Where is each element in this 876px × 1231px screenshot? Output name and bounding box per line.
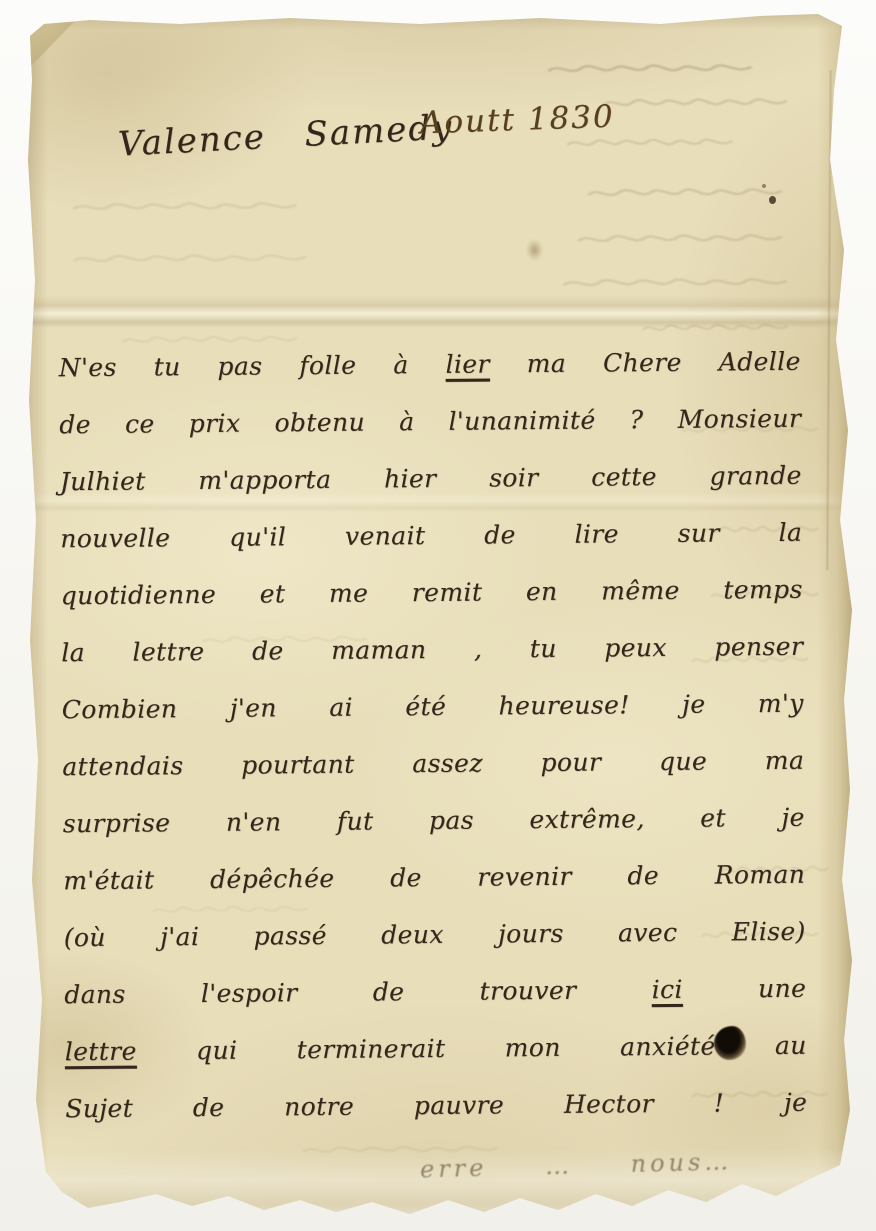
bleedthrough-ghost-writing — [545, 58, 755, 80]
ink-smudge — [526, 239, 543, 261]
letter-line: surprise n'en fut pas extrême, et je — [63, 789, 805, 852]
line-text: la lettre de maman , tu peux penser — [61, 632, 803, 667]
letter-scan: Valence Samedy Aoutt 1830 N'es tu pas fo… — [0, 0, 876, 1231]
letter-line: lettre qui terminerait mon anxiété au — [65, 1017, 807, 1080]
letter-line: nouvelle qu'il venait de lire sur la — [60, 504, 802, 567]
letter-line: (où j'ai passé deux jours avec Elise) — [64, 903, 806, 966]
letter-line: N'es tu pas folle à lier ma Chere Adelle — [59, 333, 801, 396]
paper-edge-top — [28, 12, 852, 30]
deckle-edge-right — [818, 8, 854, 1195]
line-text: Combien j'en ai été heureuse! je m'y — [62, 689, 804, 724]
dateline-date: Aoutt 1830 — [419, 99, 615, 142]
letter-line: la lettre de maman , tu peux penser — [61, 618, 803, 681]
line-text: qui terminerait mon anxiété au — [137, 1031, 807, 1066]
line-text: surprise n'en fut pas extrême, et je — [63, 803, 805, 838]
bleedthrough-ghost-writing — [585, 182, 785, 204]
line-text: attendais pourtant assez pour que ma — [62, 746, 804, 781]
letter-line: quotidienne et me remit en même temps — [61, 561, 803, 624]
bleedthrough-ghost-writing — [600, 92, 790, 114]
letter-line: Julhiet m'apporta hier soir cette grande — [60, 447, 802, 510]
bleedthrough-ghost-writing — [565, 133, 735, 153]
underlined-word: ici — [651, 975, 682, 1004]
letter-sheet: Valence Samedy Aoutt 1830 N'es tu pas fo… — [0, 0, 876, 1231]
letter-line: de ce prix obtenu à l'unanimité ? Monsie… — [59, 390, 801, 453]
ink-blot — [714, 1026, 746, 1060]
paper-edge-left — [26, 0, 48, 1231]
line-text: quotidienne et me remit en même temps — [61, 575, 803, 610]
fold-crease-top — [28, 296, 850, 328]
letter-body: N'es tu pas folle à lier ma Chere Adelle… — [59, 333, 808, 1137]
line-text: m'était dépêchée de revenir de Roman — [63, 860, 805, 895]
underlined-word: lettre — [65, 1037, 137, 1067]
line-text: ma Chere Adelle — [490, 347, 801, 379]
underlined-word: lier — [445, 349, 490, 378]
bleedthrough-ghost-writing — [70, 196, 300, 218]
line-text: N'es tu pas folle à — [59, 350, 446, 382]
bleedthrough-ghost-writing — [560, 272, 790, 294]
letter-line: dans l'espoir de trouver ici une — [64, 960, 806, 1023]
letter-line: attendais pourtant assez pour que ma — [62, 732, 804, 795]
line-text: Sujet de notre pauvre Hector ! je — [65, 1088, 807, 1123]
letter-line: Sujet de notre pauvre Hector ! je — [65, 1074, 807, 1137]
bleedthrough-ghost-writing — [70, 248, 310, 270]
line-text: une — [683, 974, 807, 1004]
ink-speck — [769, 196, 776, 204]
line-text: nouvelle qu'il venait de lire sur la — [60, 518, 802, 553]
line-text: Julhiet m'apporta hier soir cette grande — [60, 461, 802, 496]
line-text: (où j'ai passé deux jours avec Elise) — [64, 917, 806, 952]
line-text: de ce prix obtenu à l'unanimité ? Monsie… — [59, 404, 801, 439]
letter-line: m'était dépêchée de revenir de Roman — [63, 846, 805, 909]
ink-speck — [762, 184, 766, 188]
letter-line: Combien j'en ai été heureuse! je m'y — [62, 675, 804, 738]
bleedthrough-ghost-writing — [575, 228, 785, 250]
line-text: dans l'espoir de trouver — [64, 975, 652, 1009]
